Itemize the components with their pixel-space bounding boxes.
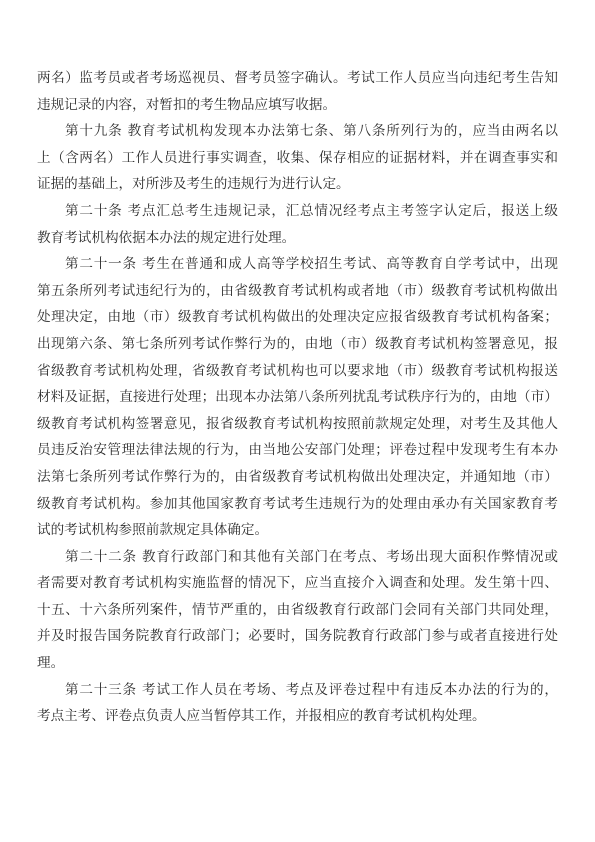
text-line: 第五条所列考试违纪行为的，由省级教育考试机构或者地（市）级教育考试机构做出 [37, 278, 558, 305]
text-line: 第二十一条 考生在普通和成人高等学校招生考试、高等教育自学考试中，出现 [37, 251, 558, 278]
text-line: 并及时报告国务院教育行政部门；必要时，国务院教育行政部门参与或者直接进行处 [37, 623, 558, 650]
text-line: 第二十条 考点汇总考生违规记录，汇总情况经考点主考签字认定后，报送上级 [37, 198, 558, 225]
text-line: 级教育考试机构。参加其他国家教育考试考生违规行为的处理由承办有关国家教育考 [37, 491, 558, 518]
text-line: 上（含两名）工作人员进行事实调查，收集、保存相应的证据材料，并在调查事实和 [37, 145, 558, 172]
text-line: 证据的基础上，对所涉及考生的违规行为进行认定。 [37, 171, 558, 198]
text-line: 试的考试机构参照前款规定具体确定。 [37, 517, 558, 544]
text-line: 级教育考试机构签署意见，报省级教育考试机构按照前款规定处理，对考生及其他人 [37, 411, 558, 438]
document-page: 两名）监考员或者考场巡视员、督考员签字确认。考试工作人员应当向违纪考生告知违规记… [37, 65, 558, 730]
text-line: 处理决定，由地（市）级教育考试机构做出的处理决定应报省级教育考试机构备案； [37, 304, 558, 331]
text-line: 省级教育考试机构处理，省级教育考试机构也可以要求地（市）级教育考试机构报送 [37, 358, 558, 385]
text-line: 者需要对教育考试机构实施监督的情况下，应当直接介入调查和处理。发生第十四、 [37, 570, 558, 597]
text-line: 教育考试机构依据本办法的规定进行处理。 [37, 225, 558, 252]
text-line: 出现第六条、第七条所列考试作弊行为的，由地（市）级教育考试机构签署意见，报 [37, 331, 558, 358]
text-line: 两名）监考员或者考场巡视员、督考员签字确认。考试工作人员应当向违纪考生告知 [37, 65, 558, 92]
text-line: 十五、十六条所列案件，情节严重的，由省级教育行政部门会同有关部门共同处理， [37, 597, 558, 624]
text-line: 考点主考、评卷点负责人应当暂停其工作，并报相应的教育考试机构处理。 [37, 703, 558, 730]
text-line: 法第七条所列考试作弊行为的，由省级教育考试机构做出处理决定，并通知地（市） [37, 464, 558, 491]
text-line: 第二十二条 教育行政部门和其他有关部门在考点、考场出现大面积作弊情况或 [37, 544, 558, 571]
text-line: 理。 [37, 650, 558, 677]
text-line: 第十九条 教育考试机构发现本办法第七条、第八条所列行为的，应当由两名以 [37, 118, 558, 145]
text-line: 材料及证据，直接进行处理；出现本办法第八条所列扰乱考试秩序行为的，由地（市） [37, 384, 558, 411]
text-line: 员违反治安管理法律法规的行为，由当地公安部门处理；评卷过程中发现考生有本办 [37, 437, 558, 464]
text-line: 第二十三条 考试工作人员在考场、考点及评卷过程中有违反本办法的行为的， [37, 677, 558, 704]
text-line: 违规记录的内容，对暂扣的考生物品应填写收据。 [37, 92, 558, 119]
